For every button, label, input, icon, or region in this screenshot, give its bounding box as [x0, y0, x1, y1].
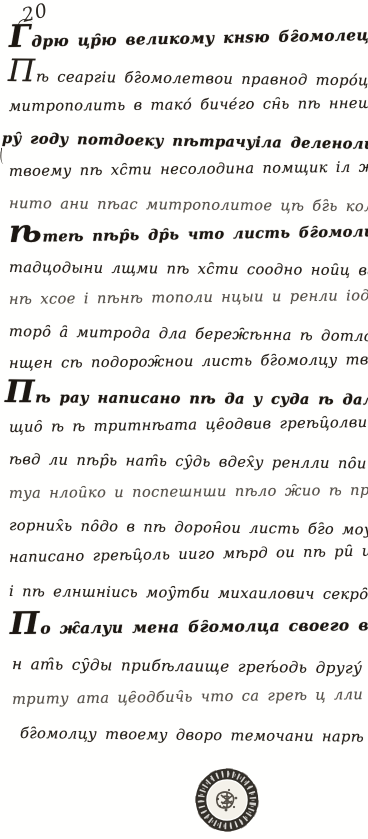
manuscript-line: ру̑ году потдоеку пѣтрачуіла деленолить …	[2, 130, 358, 153]
margin-ink-tick	[0, 148, 7, 165]
manuscript-line: нѣ хсое і пѣнѣ тополи нцыи и ренли іодер…	[9, 287, 365, 308]
manuscript-line: Гдрю цр̑ю великому кнѕю бг̑омолець тв̑ои…	[9, 25, 365, 51]
manuscript-line: горних̑ь по̑до в пѣ дорон̑ои листь бг̑о …	[9, 517, 365, 538]
manuscript-line: і пѣ елншніись моу̑тби михаилович секро̑	[9, 583, 365, 603]
manuscript-line: Пѣ сеаргіи бг̑омолетвои правнод торо́ц п…	[8, 66, 364, 89]
ink-seal-stamp	[193, 763, 263, 835]
manuscript-line: написано греѣц̑оль ииго мѣрд ои пѣ ри̑ ц…	[9, 543, 365, 566]
manuscript-line: бг̑омолцу твоему дворо темочани нарѣ тес…	[20, 725, 368, 746]
manuscript-line: ѣвд ли пѣр̑ь нат̑ь су̑дь вдех̑у ренлли п…	[9, 451, 365, 472]
manuscript-line: тадцодыни лщми пѣ хс̑ти соодно нои̑ц ван…	[9, 259, 365, 279]
manuscript-line: щио̑ ѣ ѣ тритнѣата це̑одвив греѣц̑олвить…	[9, 414, 365, 436]
manuscript-line: торо̑ а̑ митрода дла береж̑ѣнна ѣ дотлоц…	[9, 323, 365, 345]
manuscript-line: Пѣ рау написано пѣ да у суда ѣ далит дву…	[5, 387, 361, 408]
manuscript-line: н ат̑ь су̑ды прибѣлаище греѣ́одь другу́	[12, 655, 368, 677]
manuscript-line: ѣтеѣ пѣр̑ь др̑ь что листь бг̑омолцу твое…	[9, 221, 365, 246]
manuscript-page: 20 Гдрю цр̑ю великому кнѕю бг̑омолець тв…	[0, 0, 368, 839]
manuscript-line: По ж̑алуи мена бг̑омолца своего вели́ гс…	[10, 615, 366, 638]
manuscript-line: митрополить в тако́ биче́го сн̑ь пѣ ннеш…	[9, 95, 365, 115]
manuscript-line: твоему пѣ хс̑ти несолодина помщик іл жед…	[9, 159, 365, 180]
manuscript-line: триту ата це̑одбич̑ь что са греѣ ц лли а	[12, 686, 368, 708]
manuscript-line: туа нлои̑ко и поспешнши пѣло ж̑ио ѣ про̑…	[9, 482, 365, 502]
manuscript-line: нщен сѣ подорож̑нои листь бг̑омолцу твое…	[9, 351, 365, 372]
manuscript-line: нито ани пѣас митрополитое цѣ бг̑ь колет…	[9, 195, 365, 215]
